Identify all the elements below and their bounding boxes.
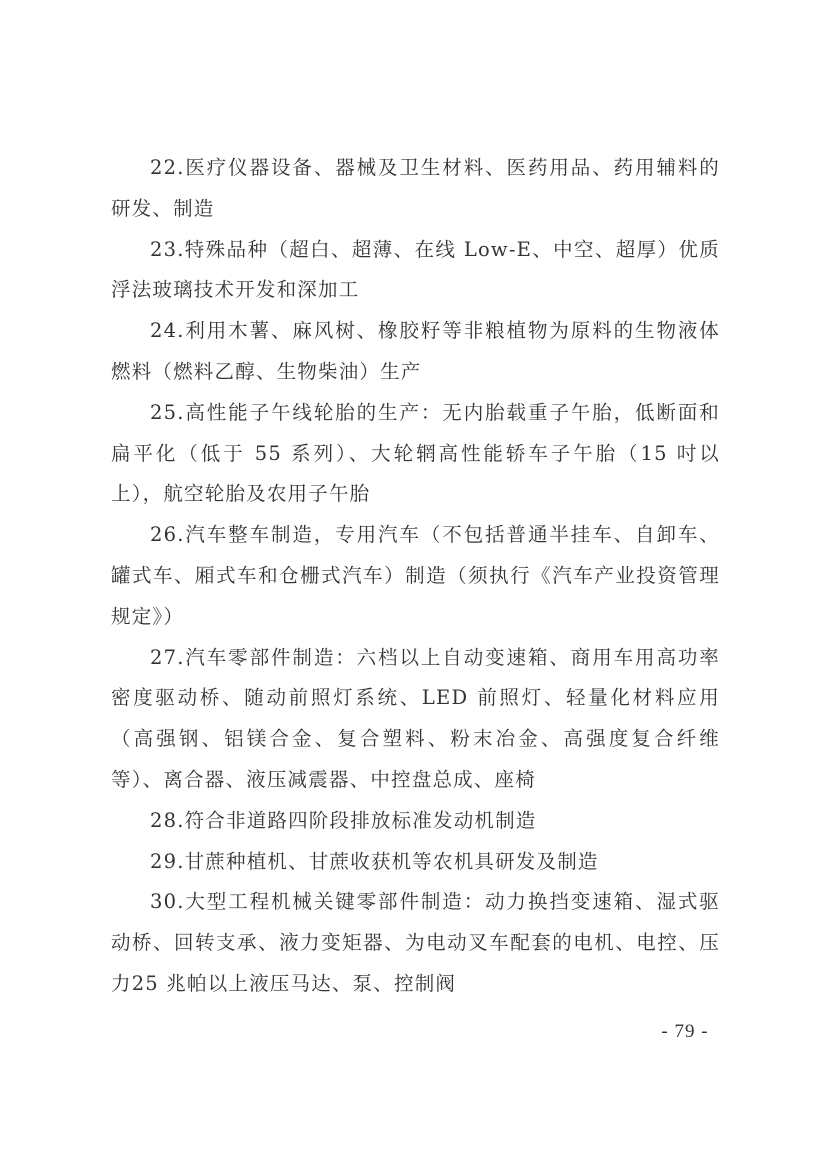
- document-body: 22.医疗仪器设备、器械及卫生材料、医药用品、药用辅料的研发、制造 23.特殊品…: [111, 148, 720, 1005]
- list-item-23: 23.特殊品种（超白、超薄、在线 Low-E、中空、超厚）优质浮法玻璃技术开发和…: [111, 230, 720, 312]
- list-item-26: 26.汽车整车制造，专用汽车（不包括普通半挂车、自卸车、罐式车、厢式车和仓栅式汽…: [111, 515, 720, 637]
- list-item-22: 22.医疗仪器设备、器械及卫生材料、医药用品、药用辅料的研发、制造: [111, 148, 720, 230]
- list-item-25: 25.高性能子午线轮胎的生产：无内胎载重子午胎，低断面和扁平化（低于 55 系列…: [111, 393, 720, 515]
- page-number: - 79 -: [640, 1021, 730, 1043]
- list-item-27: 27.汽车零部件制造：六档以上自动变速箱、商用车用高功率密度驱动桥、随动前照灯系…: [111, 638, 720, 801]
- document-page: 22.医疗仪器设备、器械及卫生材料、医药用品、药用辅料的研发、制造 23.特殊品…: [0, 0, 826, 1169]
- list-item-24: 24.利用木薯、麻风树、橡胶籽等非粮植物为原料的生物液体燃料（燃料乙醇、生物柴油…: [111, 311, 720, 393]
- list-item-29: 29.甘蔗种植机、甘蔗收获机等农机具研发及制造: [111, 842, 720, 883]
- list-item-30: 30.大型工程机械关键零部件制造：动力换挡变速箱、湿式驱动桥、回转支承、液力变矩…: [111, 882, 720, 1004]
- list-item-28: 28.符合非道路四阶段排放标准发动机制造: [111, 801, 720, 842]
